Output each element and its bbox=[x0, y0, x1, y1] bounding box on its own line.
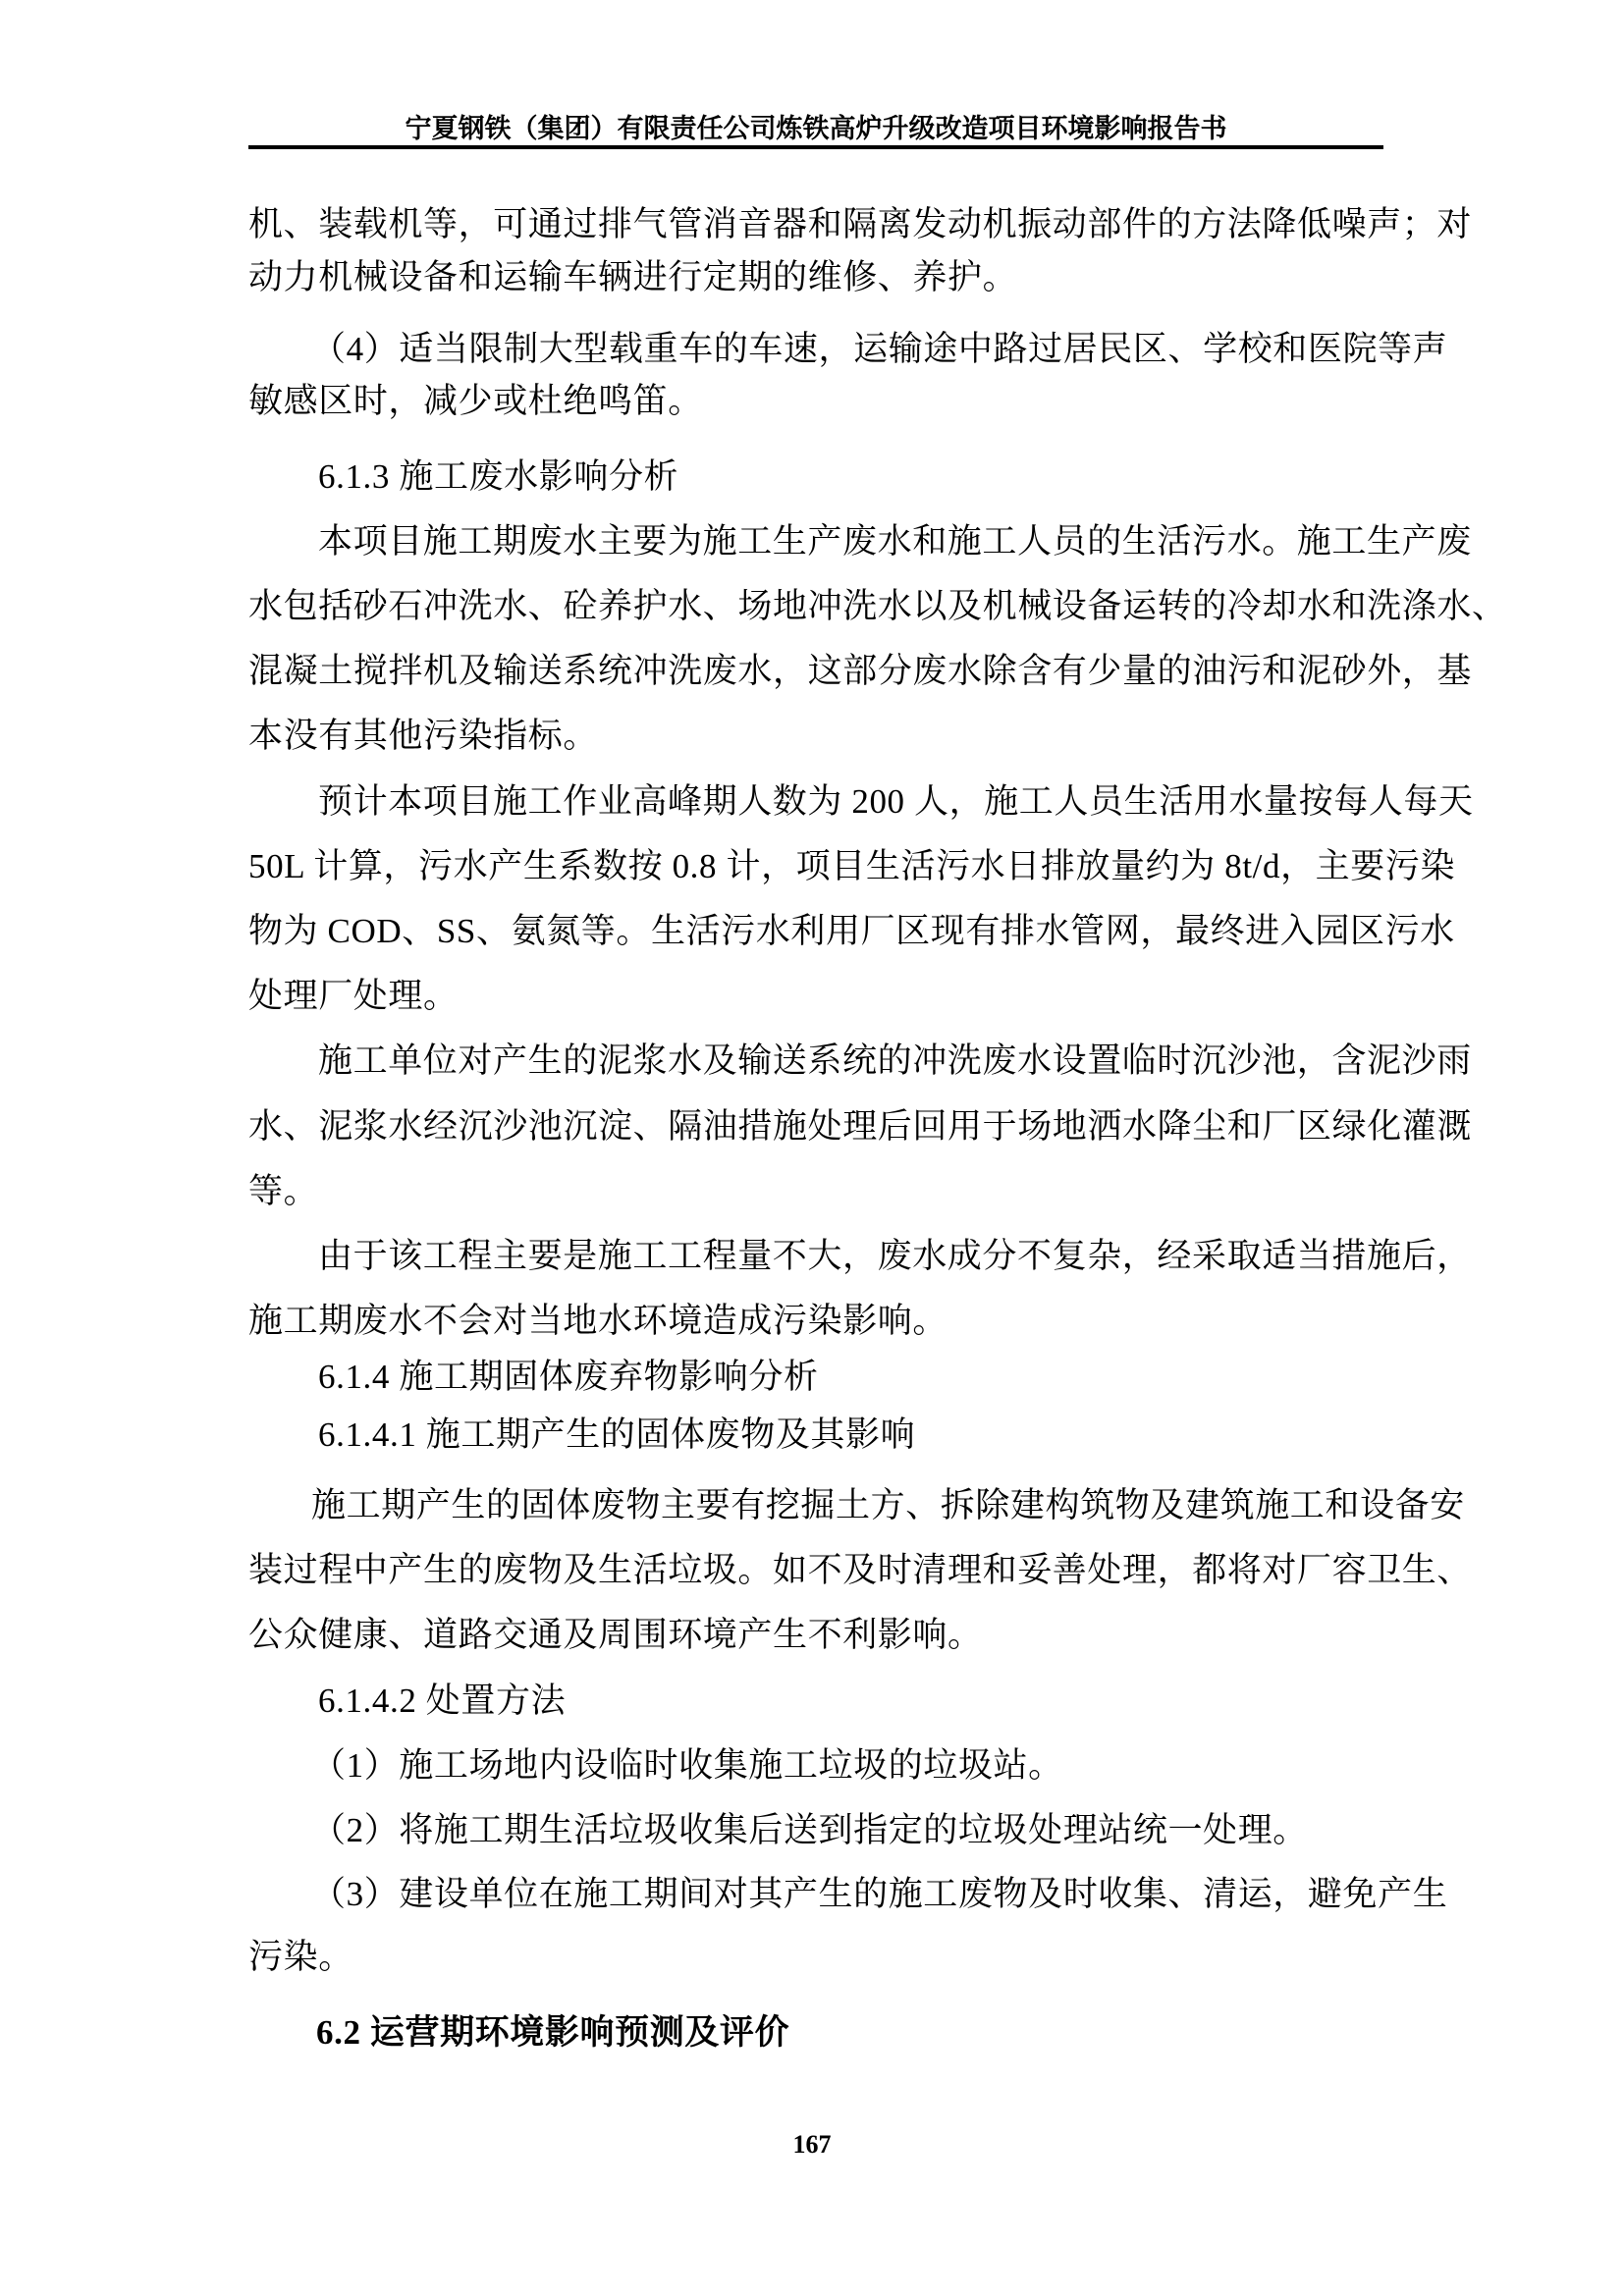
text-line: 动力机械设备和运输车辆进行定期的维修、养护。 bbox=[248, 256, 1387, 299]
text-line: 预计本项目施工作业高峰期人数为 200 人，施工人员生活用水量按每人每天 bbox=[318, 780, 1457, 824]
text-line: 物为 COD、SS、氨氮等。生活污水利用厂区现有排水管网，最终进入园区污水 bbox=[248, 910, 1387, 953]
text-line: 机、装载机等，可通过排气管消音器和隔离发动机振动部件的方法降低噪声；对 bbox=[248, 203, 1387, 246]
text-line: （4）适当限制大型载重车的车速，运输途中路过居民区、学校和医院等声 bbox=[311, 328, 1450, 371]
text-line: 6.1.4.2 处置方法 bbox=[318, 1680, 1457, 1723]
section-heading-6-2: 6.2 运营期环境影响预测及评价 bbox=[316, 2011, 1455, 2055]
running-header-title: 宁夏钢铁（集团）有限责任公司炼铁高炉升级改造项目环境影响报告书 bbox=[248, 110, 1383, 149]
text-line: 本没有其他污染指标。 bbox=[248, 715, 1387, 758]
text-line: （1）施工场地内设临时收集施工垃圾的垃圾站。 bbox=[311, 1744, 1450, 1788]
text-line: 水、泥浆水经沉沙池沉淀、隔油措施处理后回用于场地洒水降尘和厂区绿化灌溉 bbox=[248, 1105, 1387, 1148]
text-line: 6.1.3 施工废水影响分析 bbox=[318, 455, 1457, 499]
text-line: （2）将施工期生活垃圾收集后送到指定的垃圾处理站统一处理。 bbox=[311, 1809, 1450, 1852]
text-line: 6.1.4 施工期固体废弃物影响分析 bbox=[318, 1356, 1457, 1399]
text-line: 施工单位对产生的泥浆水及输送系统的冲洗废水设置临时沉沙池，含泥沙雨 bbox=[318, 1040, 1457, 1083]
text-line: 敏感区时，减少或杜绝鸣笛。 bbox=[248, 380, 1387, 423]
text-line: 6.1.4.1 施工期产生的固体废物及其影响 bbox=[318, 1414, 1457, 1457]
text-line: （3）建设单位在施工期间对其产生的施工废物及时收集、清运，避免产生 bbox=[311, 1873, 1450, 1916]
text-line: 施工期产生的固体废物主要有挖掘土方、拆除建构筑物及建筑施工和设备安 bbox=[311, 1484, 1450, 1527]
text-line: 装过程中产生的废物及生活垃圾。如不及时清理和妥善处理，都将对厂容卫生、 bbox=[248, 1549, 1387, 1592]
text-line: 施工期废水不会对当地水环境造成污染影响。 bbox=[248, 1300, 1387, 1343]
text-line: 混凝土搅拌机及输送系统冲洗废水，这部分废水除含有少量的油污和泥砂外，基 bbox=[248, 650, 1387, 693]
text-line: 等。 bbox=[248, 1170, 1387, 1213]
text-line: 50L 计算，污水产生系数按 0.8 计，项目生活污水日排放量约为 8t/d，主… bbox=[248, 845, 1387, 888]
text-line: 本项目施工期废水主要为施工生产废水和施工人员的生活污水。施工生产废 bbox=[318, 520, 1457, 563]
text-line: 公众健康、道路交通及周围环境产生不利影响。 bbox=[248, 1614, 1387, 1657]
text-line: 处理厂处理。 bbox=[248, 975, 1387, 1018]
text-line: 由于该工程主要是施工工程量不大，废水成分不复杂，经采取适当措施后， bbox=[318, 1235, 1457, 1278]
page-number: 167 bbox=[0, 2128, 1624, 2162]
text-line: 污染。 bbox=[248, 1936, 1387, 1979]
header-rule bbox=[248, 145, 1383, 149]
text-line: 水包括砂石冲洗水、砼养护水、场地冲洗水以及机械设备运转的冷却水和洗涤水、 bbox=[248, 585, 1387, 628]
